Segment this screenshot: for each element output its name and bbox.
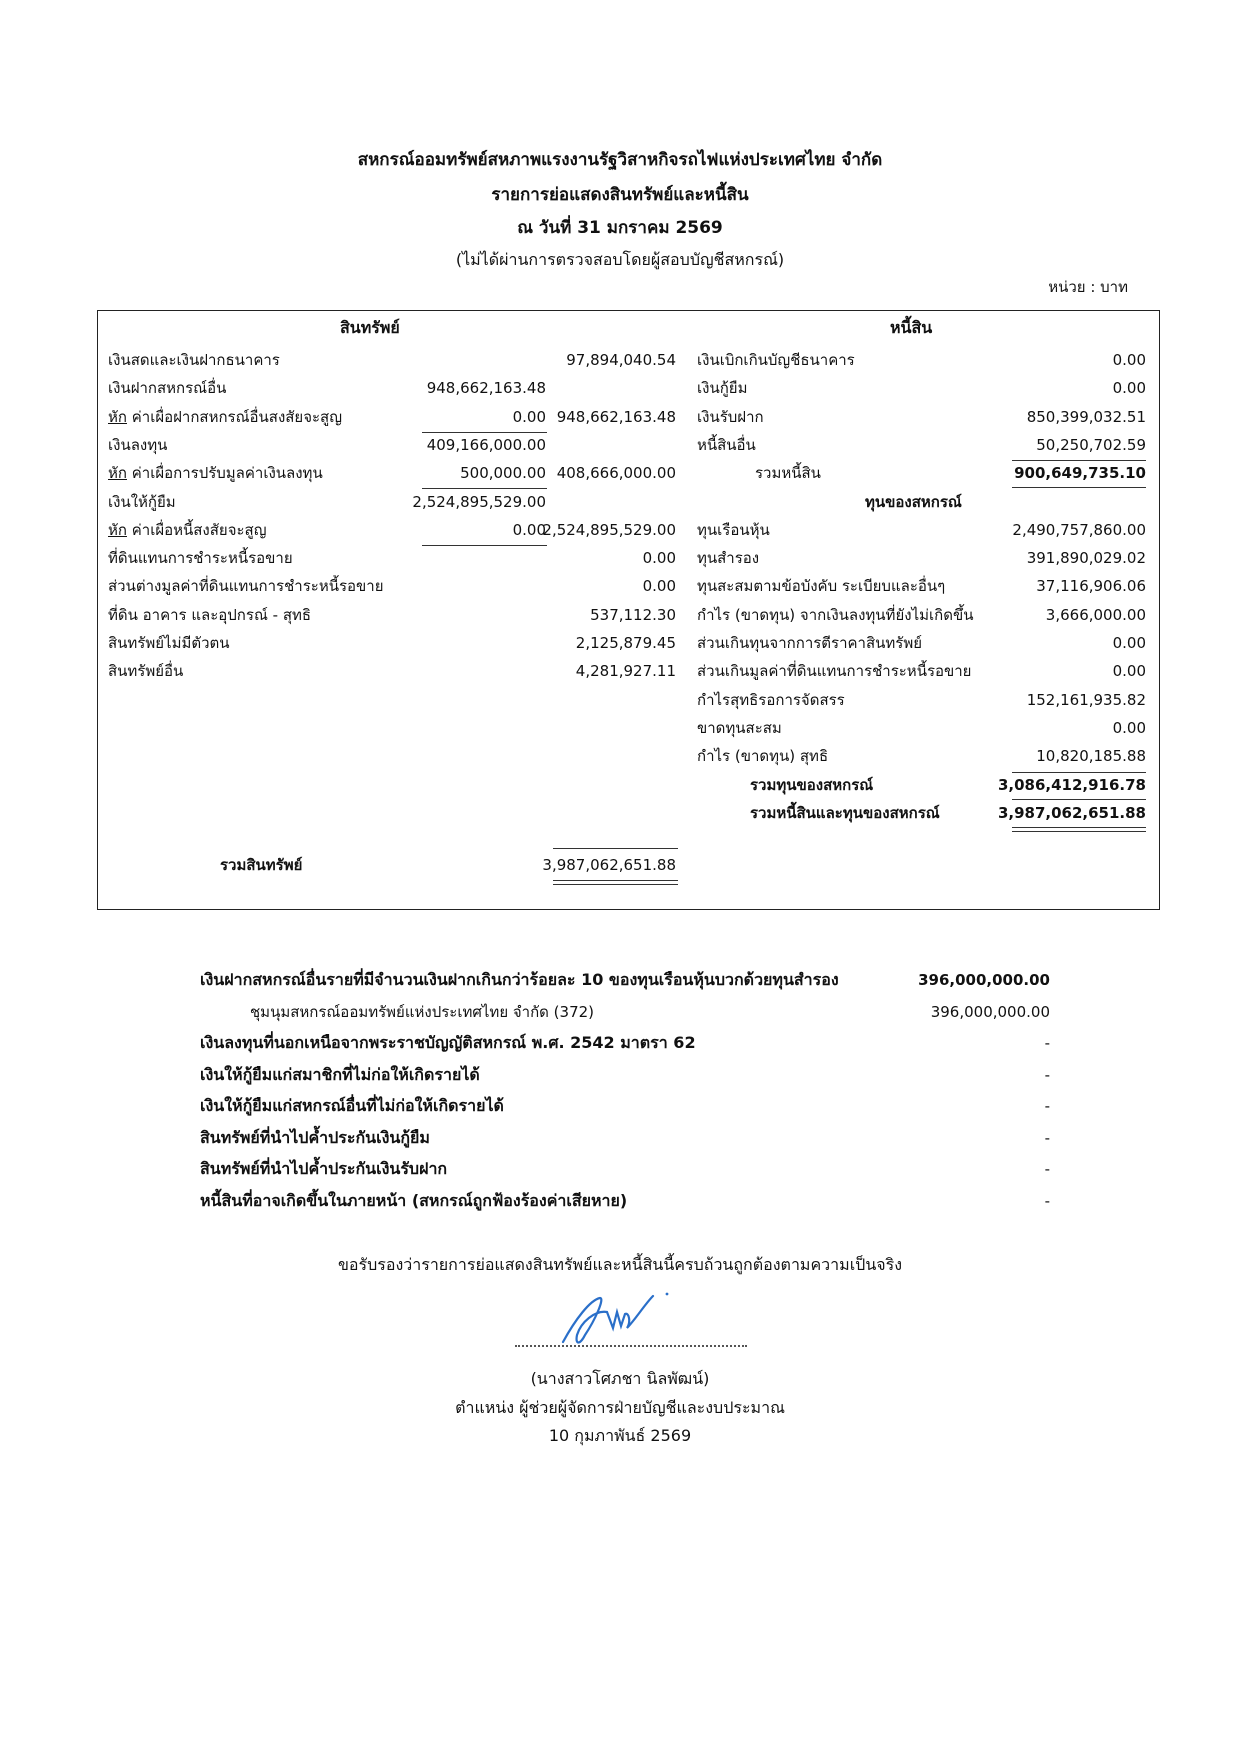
signature-image <box>555 1290 675 1350</box>
asset-amount: 948,662,163.48 <box>520 407 676 427</box>
signer-name: (นางสาวโศภชา นิลพัฒน์) <box>0 1367 1240 1392</box>
disclosure-amount: - <box>880 1128 1050 1148</box>
disclosure-label: เงินลงทุนที่นอกเหนือจากพระราชบัญญัติสหกร… <box>200 1033 696 1053</box>
disclosure-label: เงินให้กู้ยืมแก่สมาชิกที่ไม่ก่อให้เกิดรา… <box>200 1065 480 1085</box>
equity-row-label: ทุนสะสมตามข้อบังคับ ระเบียบและอื่นๆ <box>697 576 945 596</box>
equity-row-label: กำไร (ขาดทุน) จากเงินลงทุนที่ยังไม่เกิดข… <box>697 605 973 625</box>
disclosure-label: หนี้สินที่อาจเกิดขึ้นในภายหน้า (สหกรณ์ถู… <box>200 1191 627 1211</box>
asset-amount: 408,666,000.00 <box>520 463 676 483</box>
equity-amount: 3,666,000.00 <box>960 605 1146 625</box>
liability-amount: 850,399,032.51 <box>960 407 1146 427</box>
asset-label-text: ค่าเผื่อหนี้สงสัยจะสูญ <box>127 521 267 539</box>
document-page: สหกรณ์ออมทรัพย์สหภาพแรงงานรัฐวิสาหกิจรถไ… <box>0 0 1240 1754</box>
audit-note: (ไม่ได้ผ่านการตรวจสอบโดยผู้สอบบัญชีสหกรณ… <box>0 248 1240 273</box>
asset-sub-amount: 409,166,000.00 <box>380 435 546 455</box>
asset-sub-amount: 948,662,163.48 <box>380 378 546 398</box>
liability-row-label: เงินเบิกเกินบัญชีธนาคาร <box>697 350 855 370</box>
liability-amount: 0.00 <box>960 350 1146 370</box>
equity-amount: 152,161,935.82 <box>960 690 1146 710</box>
equity-amount: 0.00 <box>960 633 1146 653</box>
equity-row-label: ทุนเรือนหุ้น <box>697 520 770 540</box>
asset-sub-amount: 2,524,895,529.00 <box>380 492 546 512</box>
assets-total-top-rule <box>553 848 678 849</box>
equity-amount: 0.00 <box>960 718 1146 738</box>
currency-unit: หน่วย : บาท <box>1048 275 1128 299</box>
disclosure-label: สินทรัพย์ที่นำไปค้ำประกันเงินกู้ยืม <box>200 1128 430 1148</box>
asset-amount: 537,112.30 <box>520 605 676 625</box>
deduct-prefix: หัก <box>108 464 127 482</box>
equity-total-bottom-rule <box>1012 799 1146 800</box>
grand-total-label: รวมหนี้สินและทุนของสหกรณ์ <box>750 803 940 823</box>
disclosure-amount: - <box>880 1033 1050 1053</box>
disclosure-amount: 396,000,000.00 <box>880 1002 1050 1022</box>
asset-row-label: ส่วนต่างมูลค่าที่ดินแทนการชำระหนี้รอขาย <box>108 576 384 596</box>
deduct-prefix: หัก <box>108 408 127 426</box>
subtotal-rule <box>422 488 547 489</box>
grand-total-double-rule <box>1012 827 1146 832</box>
disclosure-label: เงินฝากสหกรณ์อื่นรายที่มีจำนวนเงินฝากเกิ… <box>200 970 839 990</box>
equity-amount: 0.00 <box>960 661 1146 681</box>
asset-row-label: เงินสดและเงินฝากธนาคาร <box>108 350 280 370</box>
asset-amount: 0.00 <box>520 548 676 568</box>
asset-label-text: ค่าเผื่อฝากสหกรณ์อื่นสงสัยจะสูญ <box>127 408 342 426</box>
report-date: ณ วันที่ 31 มกราคม 2569 <box>0 214 1240 241</box>
report-title: รายการย่อแสดงสินทรัพย์และหนี้สิน <box>0 181 1240 208</box>
disclosure-amount: - <box>880 1159 1050 1179</box>
equity-total-top-rule <box>1012 772 1146 773</box>
liabilities-total-amount: 900,649,735.10 <box>960 463 1146 483</box>
liability-amount: 50,250,702.59 <box>960 435 1146 455</box>
equity-total-label: รวมทุนของสหกรณ์ <box>750 775 873 795</box>
disclosure-label: เงินให้กู้ยืมแก่สหกรณ์อื่นที่ไม่ก่อให้เก… <box>200 1096 504 1116</box>
asset-amount: 4,281,927.11 <box>520 661 676 681</box>
signature-line <box>515 1345 747 1347</box>
disclosure-amount: - <box>880 1191 1050 1211</box>
asset-row-label: ที่ดิน อาคาร และอุปกรณ์ - สุทธิ <box>108 605 311 625</box>
signer-position: ตำแหน่ง ผู้ช่วยผู้จัดการฝ่ายบัญชีและงบปร… <box>0 1396 1240 1421</box>
asset-row-label: หัก ค่าเผื่อหนี้สงสัยจะสูญ <box>108 520 266 540</box>
equity-heading: ทุนของสหกรณ์ <box>865 492 962 512</box>
equity-row-label: ขาดทุนสะสม <box>697 718 782 738</box>
disclosure-amount: - <box>880 1096 1050 1116</box>
disclosure-amount: - <box>880 1065 1050 1085</box>
asset-amount: 2,125,879.45 <box>520 633 676 653</box>
equity-row-label: กำไร (ขาดทุน) สุทธิ <box>697 746 828 766</box>
assets-total-double-rule <box>553 880 678 885</box>
assets-heading: สินทรัพย์ <box>340 318 400 338</box>
liability-row-label: หนี้สินอื่น <box>697 435 756 455</box>
equity-row-label: กำไรสุทธิรอการจัดสรร <box>697 690 845 710</box>
asset-row-label: สินทรัพย์ไม่มีตัวตน <box>108 633 230 653</box>
signed-date: 10 กุมภาพันธ์ 2569 <box>0 1424 1240 1449</box>
grand-total-amount: 3,987,062,651.88 <box>960 803 1146 823</box>
asset-row-label: หัก ค่าเผื่อการปรับมูลค่าเงินลงทุน <box>108 463 323 483</box>
subtotal-rule <box>422 432 547 433</box>
liabilities-total-top-rule <box>1012 460 1146 461</box>
liabilities-heading: หนี้สิน <box>890 318 932 338</box>
deduct-prefix: หัก <box>108 521 127 539</box>
subtotal-rule <box>422 545 547 546</box>
disclosure-label: สินทรัพย์ที่นำไปค้ำประกันเงินรับฝาก <box>200 1159 447 1179</box>
asset-row-label: เงินฝากสหกรณ์อื่น <box>108 378 226 398</box>
asset-row-label: หัก ค่าเผื่อฝากสหกรณ์อื่นสงสัยจะสูญ <box>108 407 342 427</box>
liability-amount: 0.00 <box>960 378 1146 398</box>
asset-amount: 2,524,895,529.00 <box>520 520 676 540</box>
liabilities-total-bottom-rule <box>1012 487 1146 488</box>
asset-row-label: สินทรัพย์อื่น <box>108 661 183 681</box>
equity-total-amount: 3,086,412,916.78 <box>960 775 1146 795</box>
liability-row-label: เงินรับฝาก <box>697 407 764 427</box>
equity-amount: 37,116,906.06 <box>960 576 1146 596</box>
asset-row-label: ที่ดินแทนการชำระหนี้รอขาย <box>108 548 293 568</box>
equity-amount: 391,890,029.02 <box>960 548 1146 568</box>
liabilities-total-label: รวมหนี้สิน <box>755 463 821 483</box>
asset-row-label: เงินให้กู้ยืม <box>108 492 176 512</box>
equity-row-label: ส่วนเกินมูลค่าที่ดินแทนการชำระหนี้รอขาย <box>697 661 971 681</box>
equity-row-label: ส่วนเกินทุนจากการตีราคาสินทรัพย์ <box>697 633 922 653</box>
equity-amount: 2,490,757,860.00 <box>960 520 1146 540</box>
equity-row-label: ทุนสำรอง <box>697 548 759 568</box>
disclosure-label: ชุมนุมสหกรณ์ออมทรัพย์แห่งประเทศไทย จำกัด… <box>250 1002 594 1022</box>
assets-total-label: รวมสินทรัพย์ <box>220 855 302 875</box>
asset-amount: 97,894,040.54 <box>520 350 676 370</box>
org-name: สหกรณ์ออมทรัพย์สหภาพแรงงานรัฐวิสาหกิจรถไ… <box>0 146 1240 173</box>
assets-total-amount: 3,987,062,651.88 <box>520 855 676 875</box>
asset-label-text: ค่าเผื่อการปรับมูลค่าเงินลงทุน <box>127 464 323 482</box>
certification-statement: ขอรับรองว่ารายการย่อแสดงสินทรัพย์และหนี้… <box>0 1253 1240 1278</box>
equity-amount: 10,820,185.88 <box>960 746 1146 766</box>
asset-amount: 0.00 <box>520 576 676 596</box>
liability-row-label: เงินกู้ยืม <box>697 378 747 398</box>
asset-row-label: เงินลงทุน <box>108 435 167 455</box>
disclosure-amount: 396,000,000.00 <box>880 970 1050 990</box>
